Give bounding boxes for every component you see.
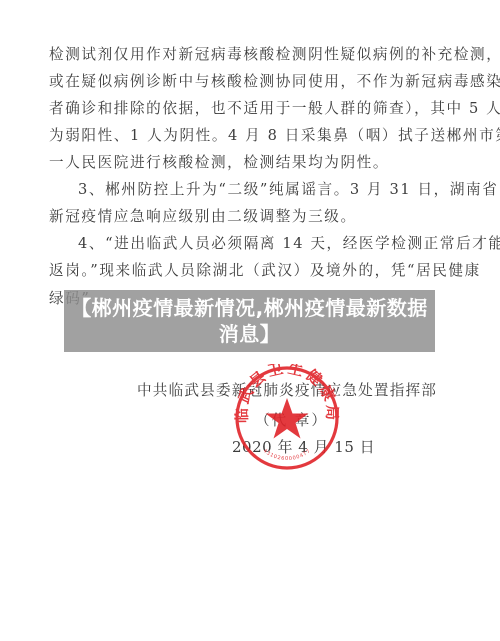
title-banner: 【郴州疫情最新情况,郴州疫情最新数据消息】: [64, 290, 435, 352]
body-line-3: 者确诊和排除的依据，也不适用于一般人群的筛查），其中 5 人: [49, 99, 457, 119]
body-line-8: 4、“进出临武人员必须隔离 14 天，经医学检测正常后才能: [78, 234, 457, 254]
body-line-5: 一人民医院进行核酸检测，检测结果均为阴性。: [49, 153, 457, 173]
document-date: 2020 年 4 月 15 日: [232, 436, 375, 457]
body-line-6: 3、郴州防控上升为“二级”纯属谣言。3 月 31 日，湖南省: [78, 180, 457, 200]
body-line-9: 返岗。”现来临武人员除湖北（武汉）及境外的，凭“居民健康: [49, 261, 457, 281]
seal-label: （代 章）: [255, 409, 328, 430]
signature-line: 中共临武县委新冠肺炎疫情应急处置指挥部: [137, 379, 437, 400]
banner-title: 【郴州疫情最新情况,郴州疫情最新数据消息】: [64, 295, 435, 347]
document-page: 检测试剂仅用作对新冠病毒核酸检测阴性疑似病例的补充检测， 或在疑似病例诊断中与核…: [0, 0, 500, 641]
body-line-2: 或在疑似病例诊断中与核酸检测协同使用，不作为新冠病毒感染: [49, 72, 457, 92]
body-line-4: 为弱阳性、1 人为阴性。4 月 8 日采集鼻（咽）拭子送郴州市第: [49, 126, 457, 146]
body-line-1: 检测试剂仅用作对新冠病毒核酸检测阴性疑似病例的补充检测，: [49, 45, 457, 65]
body-line-7: 新冠疫情应急响应级别由二级调整为三级。: [49, 207, 457, 227]
